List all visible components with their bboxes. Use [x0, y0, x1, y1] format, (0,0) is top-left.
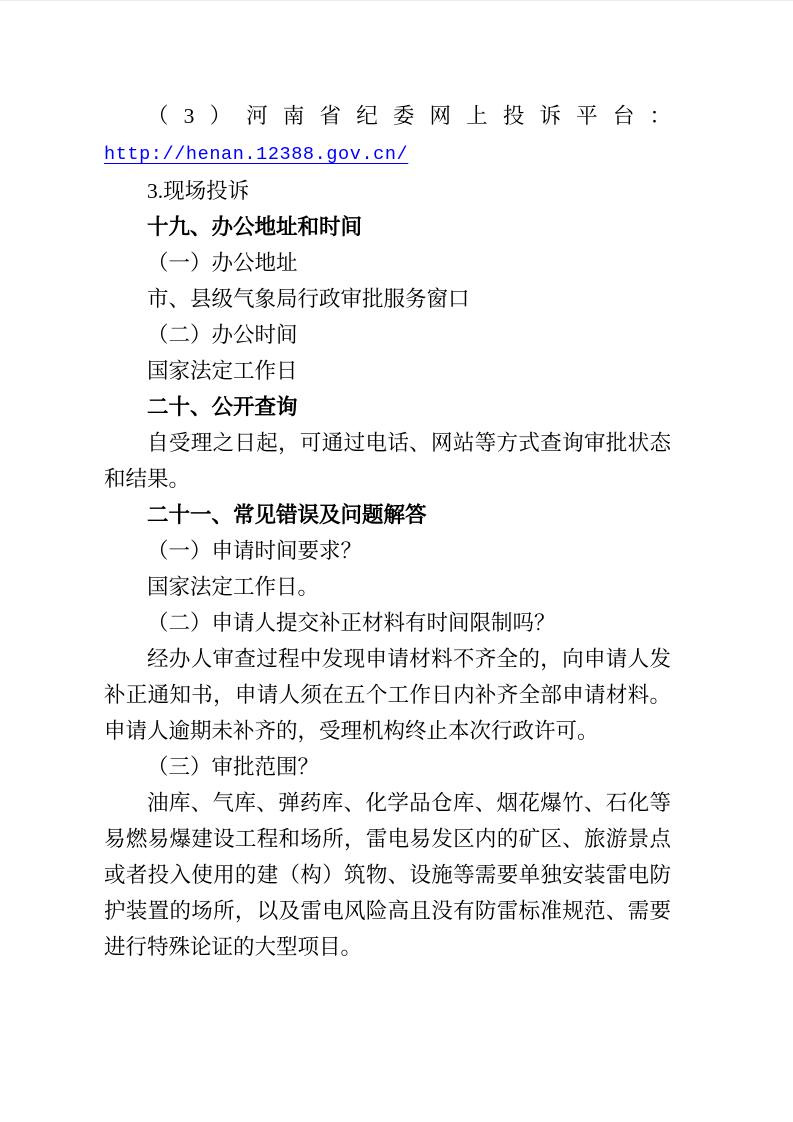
section-21-heading: 二十一、常见错误及问题解答 — [104, 497, 671, 533]
onsite-complaint-line: 3.现场投诉 — [104, 173, 671, 209]
document-page: （3）河南省纪委网上投诉平台：http://henan.12388.gov.cn… — [0, 0, 793, 1122]
faq-answer-1: 国家法定工作日。 — [104, 569, 671, 605]
faq-question-2: （二）申请人提交补正材料有时间限制吗？ — [104, 605, 671, 641]
office-address-label: （一）办公地址 — [104, 245, 671, 281]
complaint-url-link[interactable]: http://henan.12388.gov.cn/ — [104, 144, 408, 165]
office-hours-label: （二）办公时间 — [104, 317, 671, 353]
complaint-platform-line: （3）河南省纪委网上投诉平台： — [104, 98, 671, 134]
faq-answer-3: 油库、气库、弹药库、化学品仓库、烟花爆竹、石化等易燃易爆建设工程和场所，雷电易发… — [104, 785, 671, 965]
office-hours-value: 国家法定工作日 — [104, 353, 671, 389]
section-20-heading: 二十、公开查询 — [104, 389, 671, 425]
public-query-paragraph: 自受理之日起，可通过电话、网站等方式查询审批状态和结果。 — [104, 425, 671, 497]
faq-question-1: （一）申请时间要求？ — [104, 533, 671, 569]
office-address-value: 市、县级气象局行政审批服务窗口 — [104, 281, 671, 317]
faq-answer-2: 经办人审查过程中发现申请材料不齐全的，向申请人发补正通知书，申请人须在五个工作日… — [104, 641, 671, 749]
faq-question-3: （三）审批范围？ — [104, 749, 671, 785]
url-paragraph: http://henan.12388.gov.cn/ — [104, 134, 671, 173]
document-content: （3）河南省纪委网上投诉平台：http://henan.12388.gov.cn… — [104, 98, 671, 965]
section-19-heading: 十九、办公地址和时间 — [104, 209, 671, 245]
